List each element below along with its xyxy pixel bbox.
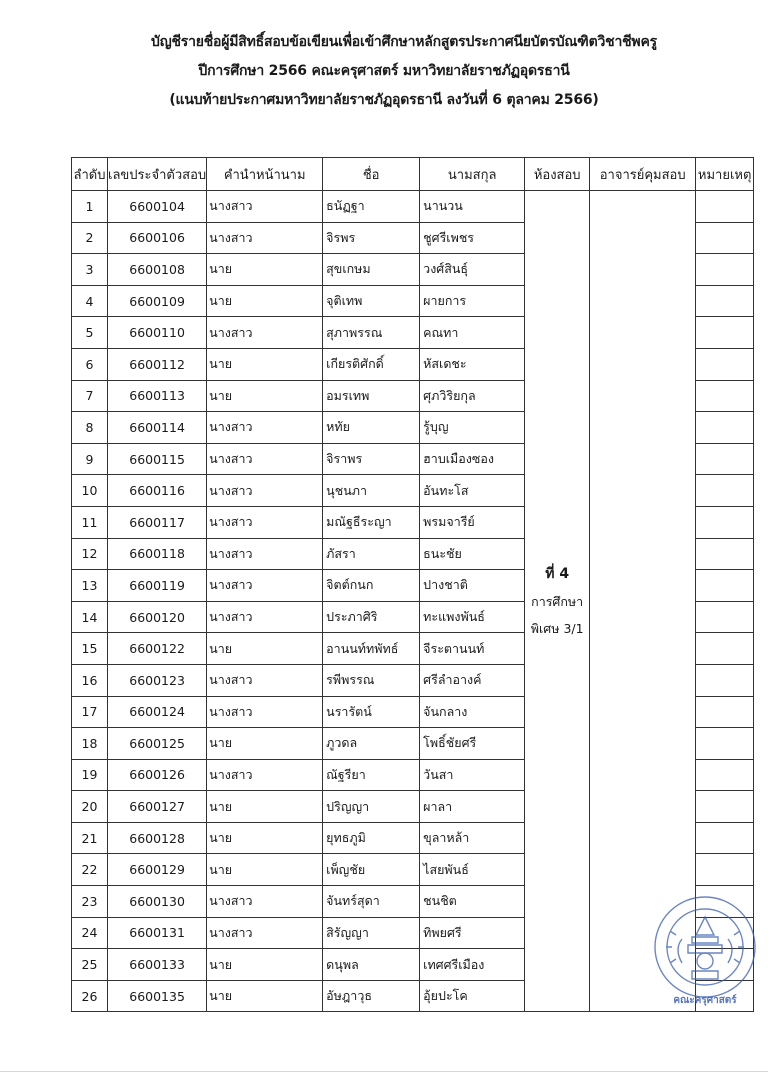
cell-first-name: ปริญญา bbox=[323, 791, 420, 823]
cell-last-name: ทะแพงพันธ์ bbox=[420, 601, 525, 633]
title-line-3: (แนบท้ายประกาศมหาวิทยาลัยราชภัฏอุดรธานี … bbox=[0, 86, 768, 115]
cell-prefix: นางสาว bbox=[207, 759, 323, 791]
col-header-prefix: คำนำหน้านาม bbox=[207, 158, 323, 191]
cell-exam-id: 6600122 bbox=[108, 633, 207, 665]
cell-exam-id: 6600117 bbox=[108, 506, 207, 538]
cell-prefix: นางสาว bbox=[207, 696, 323, 728]
table-row: 16600104นางสาวธนัฏฐานานวนที่ 4การศึกษาพิ… bbox=[72, 191, 754, 223]
cell-prefix: นาย bbox=[207, 285, 323, 317]
cell-prefix: นางสาว bbox=[207, 317, 323, 349]
cell-first-name: สุภาพรรณ bbox=[323, 317, 420, 349]
cell-prefix: นางสาว bbox=[207, 601, 323, 633]
col-header-first-name: ชื่อ bbox=[323, 158, 420, 191]
cell-exam-id: 6600116 bbox=[108, 475, 207, 507]
cell-prefix: นางสาว bbox=[207, 191, 323, 223]
cell-note bbox=[696, 980, 754, 1012]
title-line-1: บัญชีรายชื่อผู้มีสิทธิ์สอบข้อเขียนเพื่อเ… bbox=[40, 28, 768, 57]
cell-no: 9 bbox=[72, 443, 108, 475]
cell-first-name: จิราพร bbox=[323, 443, 420, 475]
cell-prefix: นางสาว bbox=[207, 570, 323, 602]
cell-no: 12 bbox=[72, 538, 108, 570]
cell-first-name: จุติเทพ bbox=[323, 285, 420, 317]
cell-note bbox=[696, 254, 754, 286]
cell-no: 14 bbox=[72, 601, 108, 633]
cell-note bbox=[696, 791, 754, 823]
cell-note bbox=[696, 538, 754, 570]
cell-last-name: ผายการ bbox=[420, 285, 525, 317]
cell-note bbox=[696, 633, 754, 665]
cell-last-name: ทิพยศรี bbox=[420, 917, 525, 949]
cell-exam-id: 6600129 bbox=[108, 854, 207, 886]
cell-last-name: โพธิ์ชัยศรี bbox=[420, 728, 525, 760]
cell-no: 21 bbox=[72, 822, 108, 854]
cell-first-name: จันทร์สุดา bbox=[323, 886, 420, 918]
col-header-last-name: นามสกุล bbox=[420, 158, 525, 191]
cell-no: 7 bbox=[72, 380, 108, 412]
cell-exam-id: 6600110 bbox=[108, 317, 207, 349]
cell-prefix: นาย bbox=[207, 633, 323, 665]
cell-first-name: จิรพร bbox=[323, 222, 420, 254]
cell-last-name: พรมจารีย์ bbox=[420, 506, 525, 538]
cell-note bbox=[696, 949, 754, 981]
cell-prefix: นาย bbox=[207, 791, 323, 823]
table-header-row: ลำดับ เลขประจำตัวสอบ คำนำหน้านาม ชื่อ นา… bbox=[72, 158, 754, 191]
cell-prefix: นาย bbox=[207, 822, 323, 854]
cell-last-name: วงศ์สินธุ์ bbox=[420, 254, 525, 286]
cell-first-name: ยุทธภูมิ bbox=[323, 822, 420, 854]
cell-no: 1 bbox=[72, 191, 108, 223]
exam-room-line: ที่ 4 bbox=[525, 561, 589, 588]
cell-no: 19 bbox=[72, 759, 108, 791]
cell-note bbox=[696, 222, 754, 254]
cell-exam-id: 6600108 bbox=[108, 254, 207, 286]
cell-last-name: รู้บุญ bbox=[420, 412, 525, 444]
cell-no: 24 bbox=[72, 917, 108, 949]
cell-first-name: อัษฎาวุธ bbox=[323, 980, 420, 1012]
cell-first-name: ประภาศิริ bbox=[323, 601, 420, 633]
cell-first-name: เกียรติศักดิ์ bbox=[323, 348, 420, 380]
cell-no: 25 bbox=[72, 949, 108, 981]
cell-no: 16 bbox=[72, 664, 108, 696]
cell-last-name: ไสยพันธ์ bbox=[420, 854, 525, 886]
cell-prefix: นางสาว bbox=[207, 506, 323, 538]
exam-roster-table: ลำดับ เลขประจำตัวสอบ คำนำหน้านาม ชื่อ นา… bbox=[71, 157, 754, 1012]
cell-exam-id: 6600104 bbox=[108, 191, 207, 223]
cell-exam-id: 6600133 bbox=[108, 949, 207, 981]
cell-last-name: คณทา bbox=[420, 317, 525, 349]
cell-first-name: เพ็ญชัย bbox=[323, 854, 420, 886]
cell-first-name: ธนัฏฐา bbox=[323, 191, 420, 223]
cell-last-name: อุ้ยปะโค bbox=[420, 980, 525, 1012]
cell-first-name: สิรัญญา bbox=[323, 917, 420, 949]
cell-note bbox=[696, 348, 754, 380]
cell-exam-id: 6600126 bbox=[108, 759, 207, 791]
cell-exam-id: 6600113 bbox=[108, 380, 207, 412]
cell-first-name: จิตต์กนก bbox=[323, 570, 420, 602]
cell-first-name: หทัย bbox=[323, 412, 420, 444]
cell-last-name: จีระตานนท์ bbox=[420, 633, 525, 665]
cell-last-name: ขุลาหล้า bbox=[420, 822, 525, 854]
cell-no: 4 bbox=[72, 285, 108, 317]
cell-note bbox=[696, 380, 754, 412]
cell-prefix: นาย bbox=[207, 380, 323, 412]
cell-last-name: ศุภวิริยกุล bbox=[420, 380, 525, 412]
cell-no: 17 bbox=[72, 696, 108, 728]
cell-no: 26 bbox=[72, 980, 108, 1012]
cell-first-name: นุชนภา bbox=[323, 475, 420, 507]
cell-last-name: ธนะชัย bbox=[420, 538, 525, 570]
cell-prefix: นางสาว bbox=[207, 412, 323, 444]
cell-last-name: ฮาบเมืองซอง bbox=[420, 443, 525, 475]
cell-prefix: นาย bbox=[207, 980, 323, 1012]
table-body: 16600104นางสาวธนัฏฐานานวนที่ 4การศึกษาพิ… bbox=[72, 191, 754, 1012]
cell-prefix: นาย bbox=[207, 949, 323, 981]
exam-room-line: พิเศษ 3/1 bbox=[525, 615, 589, 642]
cell-note bbox=[696, 506, 754, 538]
cell-first-name: อมรเทพ bbox=[323, 380, 420, 412]
cell-note bbox=[696, 475, 754, 507]
cell-exam-id: 6600120 bbox=[108, 601, 207, 633]
cell-exam-id: 6600123 bbox=[108, 664, 207, 696]
cell-last-name: ผาลา bbox=[420, 791, 525, 823]
cell-exam-id: 6600118 bbox=[108, 538, 207, 570]
exam-room-line: การศึกษา bbox=[525, 588, 589, 615]
cell-first-name: สุขเกษม bbox=[323, 254, 420, 286]
cell-exam-id: 6600125 bbox=[108, 728, 207, 760]
col-header-exam-id: เลขประจำตัวสอบ bbox=[108, 158, 207, 191]
cell-last-name: จันกลาง bbox=[420, 696, 525, 728]
cell-no: 6 bbox=[72, 348, 108, 380]
cell-first-name: รพีพรรณ bbox=[323, 664, 420, 696]
col-header-no: ลำดับ bbox=[72, 158, 108, 191]
cell-last-name: หัสเดชะ bbox=[420, 348, 525, 380]
cell-prefix: นาย bbox=[207, 348, 323, 380]
cell-prefix: นางสาว bbox=[207, 443, 323, 475]
cell-no: 5 bbox=[72, 317, 108, 349]
cell-exam-id: 6600128 bbox=[108, 822, 207, 854]
cell-note bbox=[696, 412, 754, 444]
cell-note bbox=[696, 917, 754, 949]
cell-exam-id: 6600115 bbox=[108, 443, 207, 475]
cell-no: 8 bbox=[72, 412, 108, 444]
cell-prefix: นางสาว bbox=[207, 475, 323, 507]
col-header-note: หมายเหตุ bbox=[696, 158, 754, 191]
cell-exam-id: 6600131 bbox=[108, 917, 207, 949]
cell-no: 20 bbox=[72, 791, 108, 823]
cell-last-name: ศรีลำอางค์ bbox=[420, 664, 525, 696]
cell-note bbox=[696, 664, 754, 696]
cell-prefix: นางสาว bbox=[207, 886, 323, 918]
cell-no: 18 bbox=[72, 728, 108, 760]
cell-first-name: นรารัตน์ bbox=[323, 696, 420, 728]
cell-note bbox=[696, 696, 754, 728]
cell-prefix: นางสาว bbox=[207, 917, 323, 949]
cell-first-name: ณัฐรียา bbox=[323, 759, 420, 791]
cell-prefix: นางสาว bbox=[207, 222, 323, 254]
cell-last-name: นานวน bbox=[420, 191, 525, 223]
cell-no: 22 bbox=[72, 854, 108, 886]
cell-exam-id: 6600106 bbox=[108, 222, 207, 254]
cell-note bbox=[696, 822, 754, 854]
cell-first-name: มณัฐธีระญา bbox=[323, 506, 420, 538]
cell-note bbox=[696, 191, 754, 223]
cell-prefix: นาย bbox=[207, 254, 323, 286]
cell-no: 13 bbox=[72, 570, 108, 602]
cell-last-name: ชนชิต bbox=[420, 886, 525, 918]
cell-last-name: เทศศรีเมือง bbox=[420, 949, 525, 981]
cell-exam-id: 6600124 bbox=[108, 696, 207, 728]
cell-no: 10 bbox=[72, 475, 108, 507]
cell-exam-id: 6600130 bbox=[108, 886, 207, 918]
cell-no: 3 bbox=[72, 254, 108, 286]
cell-exam-room: ที่ 4การศึกษาพิเศษ 3/1 bbox=[525, 191, 590, 1012]
cell-exam-id: 6600119 bbox=[108, 570, 207, 602]
cell-prefix: นาย bbox=[207, 854, 323, 886]
cell-last-name: วันสา bbox=[420, 759, 525, 791]
cell-no: 11 bbox=[72, 506, 108, 538]
cell-first-name: ภูวดล bbox=[323, 728, 420, 760]
cell-exam-id: 6600109 bbox=[108, 285, 207, 317]
cell-first-name: อานนท์ทพัทธ์ bbox=[323, 633, 420, 665]
cell-note bbox=[696, 886, 754, 918]
cell-first-name: ดนุพล bbox=[323, 949, 420, 981]
cell-note bbox=[696, 601, 754, 633]
col-header-proctor: อาจารย์คุมสอบ bbox=[590, 158, 696, 191]
cell-note bbox=[696, 317, 754, 349]
cell-prefix: นางสาว bbox=[207, 538, 323, 570]
cell-note bbox=[696, 759, 754, 791]
cell-proctor bbox=[590, 191, 696, 1012]
cell-last-name: ปางชาติ bbox=[420, 570, 525, 602]
cell-last-name: อันทะโส bbox=[420, 475, 525, 507]
cell-no: 15 bbox=[72, 633, 108, 665]
cell-note bbox=[696, 443, 754, 475]
cell-exam-id: 6600135 bbox=[108, 980, 207, 1012]
cell-note bbox=[696, 570, 754, 602]
cell-no: 23 bbox=[72, 886, 108, 918]
cell-exam-id: 6600127 bbox=[108, 791, 207, 823]
cell-exam-id: 6600114 bbox=[108, 412, 207, 444]
cell-note bbox=[696, 285, 754, 317]
col-header-room: ห้องสอบ bbox=[525, 158, 590, 191]
page-bottom-rule bbox=[0, 1071, 768, 1072]
cell-prefix: นาย bbox=[207, 728, 323, 760]
document-header: บัญชีรายชื่อผู้มีสิทธิ์สอบข้อเขียนเพื่อเ… bbox=[0, 28, 768, 115]
cell-first-name: ภัสรา bbox=[323, 538, 420, 570]
cell-last-name: ชูศรีเพชร bbox=[420, 222, 525, 254]
cell-exam-id: 6600112 bbox=[108, 348, 207, 380]
title-line-2: ปีการศึกษา 2566 คณะครุศาสตร์ มหาวิทยาลัย… bbox=[0, 57, 768, 86]
cell-no: 2 bbox=[72, 222, 108, 254]
cell-note bbox=[696, 728, 754, 760]
cell-note bbox=[696, 854, 754, 886]
cell-prefix: นางสาว bbox=[207, 664, 323, 696]
